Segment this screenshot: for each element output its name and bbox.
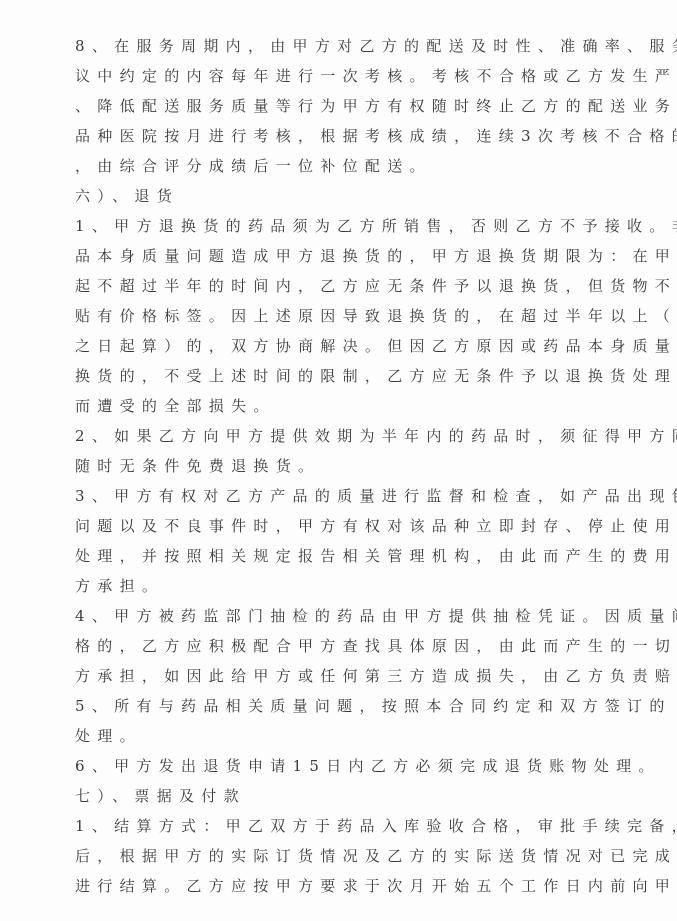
payment-clause-1-line-1: 1、结算方式：甲乙双方于药品入库验收合格，审批手续完备，达到可支付条件 [75, 811, 587, 841]
returns-clause-3-line-3: 处理，并按照相关规定报告相关管理机构，由此而产生的费用和责任全部由乙 [75, 541, 587, 571]
returns-clause-4-line-3: 方承担，如因此给甲方或任何第三方造成损失，由乙方负责赔偿。 [75, 661, 587, 691]
returns-clause-1-line-1: 1、甲方退换货的药品须为乙方所销售，否则乙方不予接收。非因乙方原因和药 [75, 211, 587, 241]
returns-clause-1-line-5: 之日起算）的，双方协商解决。但因乙方原因或药品本身质量问题造成甲方退 [75, 331, 587, 361]
section-heading-returns: 六）、退货 [75, 181, 587, 211]
returns-clause-1-line-2: 品本身质量问题造成甲方退换货的，甲方退换货期限为：在甲方接收药品之日 [75, 241, 587, 271]
clause-8-line-2: 议中约定的内容每年进行一次考核。考核不合格或乙方发生严重违反合同约定 [75, 61, 587, 91]
clause-8-line-4: 品种医院按月进行考核，根据考核成绩，连续3次考核不合格的终止该品种配送 [75, 121, 587, 151]
clause-8-line-1: 8、在服务周期内，由甲方对乙方的配送及时性、准确率、服务质量等合同和协 [75, 31, 587, 61]
payment-clause-1-line-3: 进行结算。乙方应按甲方要求于次月开始五个工作日内前向甲方提供经甲方确 [75, 871, 587, 901]
returns-clause-3-line-1: 3、甲方有权对乙方产品的质量进行监督和检查，如产品出现包括但不限于质量 [75, 481, 587, 511]
returns-clause-1-line-7: 而遭受的全部损失。 [75, 391, 587, 421]
returns-clause-1-line-4: 贴有价格标签。因上述原因导致退换货的，在超过半年以上（从甲方接收药品 [75, 301, 587, 331]
document-page: 8、在服务周期内，由甲方对乙方的配送及时性、准确率、服务质量等合同和协 议中约定… [0, 0, 677, 921]
returns-clause-5-line-2: 处理。 [75, 721, 587, 751]
section-heading-invoicing-payment: 七）、票据及付款 [75, 781, 587, 811]
returns-clause-6: 6、甲方发出退货申请15日内乙方必须完成退货账物处理。 [75, 751, 587, 781]
returns-clause-4-line-1: 4、甲方被药监部门抽检的药品由甲方提供抽检凭证。因质量问题导致抽检不合 [75, 601, 587, 631]
payment-clause-1-line-2: 后，根据甲方的实际订货情况及乙方的实际送货情况对已完成配送药品的价款 [75, 841, 587, 871]
returns-clause-2-line-1: 2、如果乙方向甲方提供效期为半年内的药品时，须征得甲方同意，且甲方可以 [75, 421, 587, 451]
returns-clause-2-line-2: 随时无条件免费退换货。 [75, 451, 587, 481]
returns-clause-3-line-4: 方承担。 [75, 571, 587, 601]
returns-clause-1-line-3: 起不超过半年的时间内，乙方应无条件予以退换货，但货物不得污染、破损或 [75, 271, 587, 301]
clause-8-line-3: 、降低配送服务质量等行为甲方有权随时终止乙方的配送业务；针对具体药品 [75, 91, 587, 121]
document-body: 8、在服务周期内，由甲方对乙方的配送及时性、准确率、服务质量等合同和协 议中约定… [75, 31, 587, 901]
returns-clause-5-line-1: 5、所有与药品相关质量问题，按照本合同约定和双方签订的《质量保证协议》 [75, 691, 587, 721]
returns-clause-1-line-6: 换货的，不受上述时间的限制，乙方应无条件予以退换货处理并赔偿甲方因此 [75, 361, 587, 391]
returns-clause-4-line-2: 格的，乙方应积极配合甲方查找具体原因，由此而产生的一切责任和费用由乙 [75, 631, 587, 661]
returns-clause-3-line-2: 问题以及不良事件时，甲方有权对该品种立即封存、停止使用，通知乙方进行 [75, 511, 587, 541]
clause-8-line-5: ，由综合评分成绩后一位补位配送。 [75, 151, 587, 181]
